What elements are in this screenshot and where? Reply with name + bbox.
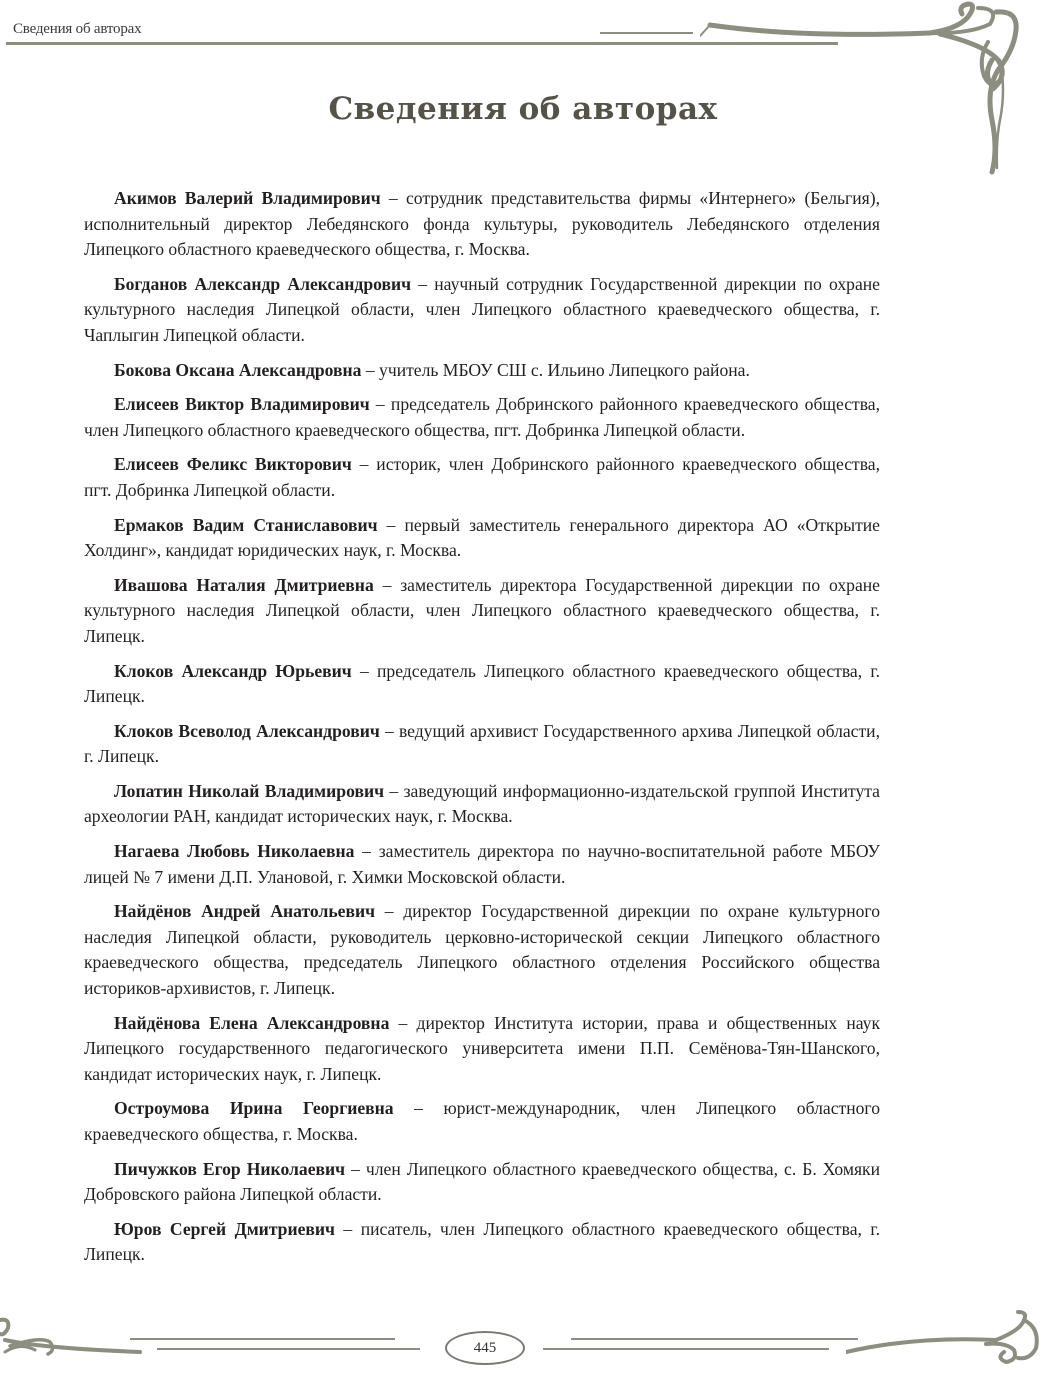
author-name: Пичужков Егор Николаевич — [114, 1159, 345, 1179]
author-name: Ивашова Наталия Дмитриевна — [114, 575, 374, 595]
author-name: Клоков Александр Юрьевич — [114, 661, 352, 681]
author-name: Клоков Всеволод Александрович — [114, 721, 380, 741]
footer-ornament-right-icon — [846, 1310, 1046, 1370]
author-entry: Елисеев Виктор Владимирович – председате… — [84, 392, 880, 443]
author-entry: Акимов Валерий Владимирович – сотрудник … — [84, 186, 880, 263]
author-entry: Ивашова Наталия Дмитриевна – заместитель… — [84, 573, 880, 650]
author-entry: Пичужков Егор Николаевич – член Липецког… — [84, 1157, 880, 1208]
author-entry: Клоков Всеволод Александрович – ведущий … — [84, 719, 880, 770]
page-title: Сведения об авторах — [0, 91, 1046, 127]
footer-rule — [571, 1338, 858, 1340]
footer-rule — [543, 1348, 829, 1350]
page-number: 445 — [445, 1331, 525, 1365]
author-entry: Нагаева Любовь Николаевна – заместитель … — [84, 839, 880, 890]
author-entry: Ермаков Вадим Станиславович – первый зам… — [84, 513, 880, 564]
author-name: Бокова Оксана Александровна — [114, 360, 361, 380]
author-description: – учитель МБОУ СШ с. Ильино Липецкого ра… — [361, 360, 749, 380]
author-name: Остроумова Ирина Георгиевна — [114, 1098, 394, 1118]
author-name: Найдёнова Елена Александровна — [114, 1013, 389, 1033]
author-name: Елисеев Феликс Викторович — [114, 454, 352, 474]
authors-list: Акимов Валерий Владимирович – сотрудник … — [84, 186, 880, 1277]
author-entry: Бокова Оксана Александровна – учитель МБ… — [84, 358, 880, 384]
author-name: Нагаева Любовь Николаевна — [114, 841, 354, 861]
author-name: Елисеев Виктор Владимирович — [114, 394, 370, 414]
author-name: Акимов Валерий Владимирович — [114, 188, 381, 208]
author-entry: Елисеев Феликс Викторович – историк, чле… — [84, 452, 880, 503]
author-entry: Юров Сергей Дмитриевич – писатель, член … — [84, 1217, 880, 1268]
author-entry: Остроумова Ирина Георгиевна – юрист-межд… — [84, 1096, 880, 1147]
author-name: Лопатин Николай Владимирович — [114, 781, 384, 801]
author-name: Юров Сергей Дмитриевич — [114, 1219, 335, 1239]
author-name: Ермаков Вадим Станиславович — [114, 515, 378, 535]
author-entry: Найдёнов Андрей Анатольевич – директор Г… — [84, 899, 880, 1001]
author-name: Найдёнов Андрей Анатольевич — [114, 901, 375, 921]
author-entry: Богданов Александр Александрович – научн… — [84, 272, 880, 349]
author-entry: Лопатин Николай Владимирович – заведующи… — [84, 779, 880, 830]
author-name: Богданов Александр Александрович — [114, 274, 411, 294]
footer-ornament-left-icon — [0, 1310, 150, 1370]
footer-rule — [130, 1338, 395, 1340]
author-entry: Найдёнова Елена Александровна – директор… — [84, 1011, 880, 1088]
footer-rule — [157, 1348, 420, 1350]
author-entry: Клоков Александр Юрьевич – председатель … — [84, 659, 880, 710]
header-rule-accent — [600, 32, 693, 34]
running-head: Сведения об авторах — [13, 21, 141, 38]
